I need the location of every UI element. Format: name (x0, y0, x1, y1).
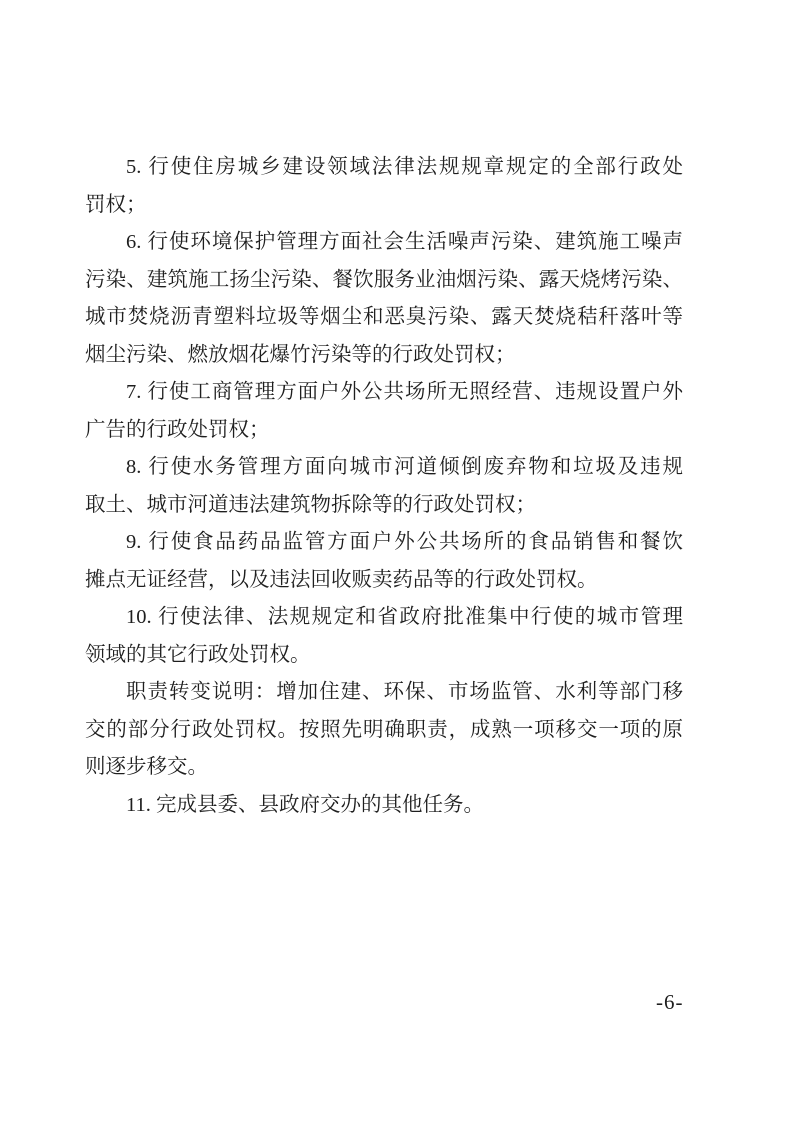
paragraph: 职责转变说明：增加住建、环保、市场监管、水利等部门移交的部分行政处罚权。按照先明… (85, 674, 683, 787)
text-line: 7. 行使工商管理方面户外公共场所无照经营、违规设置户外 (85, 374, 683, 412)
text-line: 9. 行使食品药品监管方面户外公共场所的食品销售和餐饮 (85, 524, 683, 562)
text-line: 职责转变说明：增加住建、环保、市场监管、水利等部门移 (85, 674, 683, 712)
text-line: 11. 完成县委、县政府交办的其他任务。 (85, 787, 683, 825)
text-line: 污染、建筑施工扬尘污染、餐饮服务业油烟污染、露天烧烤污染、 (85, 262, 683, 300)
paragraph: 6. 行使环境保护管理方面社会生活噪声污染、建筑施工噪声污染、建筑施工扬尘污染、… (85, 224, 683, 374)
paragraph: 9. 行使食品药品监管方面户外公共场所的食品销售和餐饮摊点无证经营，以及违法回收… (85, 524, 683, 599)
text-line: 罚权； (85, 187, 683, 225)
text-line: 6. 行使环境保护管理方面社会生活噪声污染、建筑施工噪声 (85, 224, 683, 262)
paragraph: 7. 行使工商管理方面户外公共场所无照经营、违规设置户外广告的行政处罚权； (85, 374, 683, 449)
text-line: 5. 行使住房城乡建设领域法律法规规章规定的全部行政处 (85, 149, 683, 187)
document-body: 5. 行使住房城乡建设领域法律法规规章规定的全部行政处罚权；6. 行使环境保护管… (85, 149, 683, 824)
paragraph: 5. 行使住房城乡建设领域法律法规规章规定的全部行政处罚权； (85, 149, 683, 224)
text-line: 摊点无证经营，以及违法回收贩卖药品等的行政处罚权。 (85, 562, 683, 600)
text-line: 则逐步移交。 (85, 749, 683, 787)
text-line: 烟尘污染、燃放烟花爆竹污染等的行政处罚权； (85, 337, 683, 375)
document-page: 5. 行使住房城乡建设领域法律法规规章规定的全部行政处罚权；6. 行使环境保护管… (0, 0, 793, 1122)
text-line: 10. 行使法律、法规规定和省政府批准集中行使的城市管理 (85, 599, 683, 637)
text-line: 领域的其它行政处罚权。 (85, 637, 683, 675)
page-number: -6- (656, 990, 684, 1015)
text-line: 8. 行使水务管理方面向城市河道倾倒废弃物和垃圾及违规 (85, 449, 683, 487)
text-line: 广告的行政处罚权； (85, 412, 683, 450)
paragraph: 8. 行使水务管理方面向城市河道倾倒废弃物和垃圾及违规取土、城市河道违法建筑物拆… (85, 449, 683, 524)
paragraph: 10. 行使法律、法规规定和省政府批准集中行使的城市管理领域的其它行政处罚权。 (85, 599, 683, 674)
text-line: 城市焚烧沥青塑料垃圾等烟尘和恶臭污染、露天焚烧秸秆落叶等 (85, 299, 683, 337)
paragraph: 11. 完成县委、县政府交办的其他任务。 (85, 787, 683, 825)
text-line: 取土、城市河道违法建筑物拆除等的行政处罚权； (85, 487, 683, 525)
text-line: 交的部分行政处罚权。按照先明确职责，成熟一项移交一项的原 (85, 712, 683, 750)
